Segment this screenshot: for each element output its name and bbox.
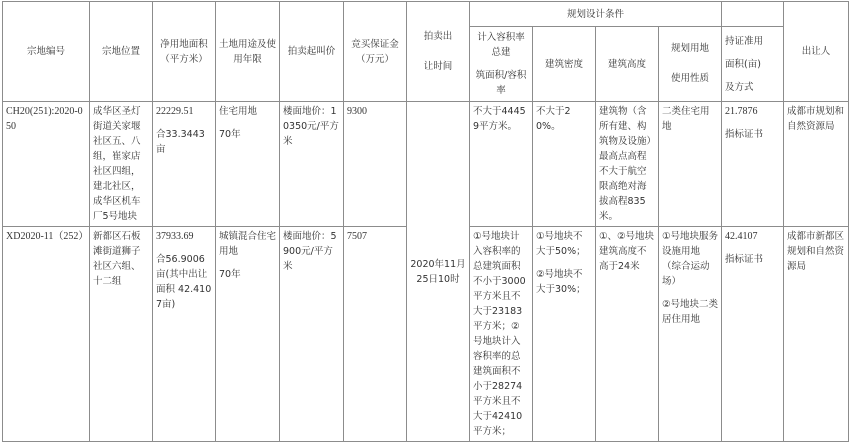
- cell-location: 新都区石板滩街道狮子社区六组、十二组: [90, 227, 153, 417]
- cell-starting-price: 楼面地价：5900元/平方米: [280, 227, 344, 417]
- cell-height: ①、②号地块建筑高度不高于24米: [596, 227, 659, 417]
- density-parcel-2: ②号地块不大于30%；: [536, 267, 592, 297]
- header-far-area-line1: 计入容积率总建: [477, 32, 525, 58]
- header-auction-time: 拍卖出 让时间: [407, 2, 470, 102]
- header-starting-price: 拍卖起叫价: [280, 2, 344, 102]
- quota-method: 指标证书: [725, 127, 780, 142]
- cell-parcel-id: CH20(251):2020-050: [3, 102, 90, 227]
- header-quota-line2: 面积(亩): [725, 57, 780, 72]
- header-land-use-term: 土地用途及使用年限: [216, 2, 280, 102]
- header-planned-use: 规划用地 使用性质: [659, 27, 722, 102]
- header-quota: 持证准用 面积(亩) 及方式: [722, 27, 784, 102]
- land-use: 住宅用地: [219, 104, 276, 119]
- cell-quota: 21.7876 指标证书: [722, 102, 784, 227]
- cell-land-use-term: 城镇混合住宅用地 70年: [216, 227, 280, 417]
- header-far-area-line2: 筑面积/容积率: [476, 70, 527, 96]
- cell-height: 建筑物（含所有建、构筑物及设施）最高点高程不大于航空限高绝对海拔高程835米。: [596, 102, 659, 227]
- net-area-value: 22229.51: [156, 104, 212, 119]
- cell-deposit: 9300: [344, 102, 407, 227]
- header-far-area: 计入容积率总建 筑面积/容积率: [470, 27, 533, 102]
- quota-method: 指标证书: [725, 252, 780, 267]
- header-net-area: 净用地面积（平方米）: [153, 2, 216, 102]
- cell-land-use-term: 住宅用地 70年: [216, 102, 280, 227]
- land-auction-table: 宗地编号 宗地位置 净用地面积（平方米） 土地用途及使用年限 拍卖起叫价 竞买保…: [2, 1, 849, 416]
- cell-net-area: 37933.69 合56.9006亩(其中出让面积 42.4107亩): [153, 227, 216, 417]
- cell-grantor: 成都市新都区规划和自然资源局: [784, 227, 849, 417]
- header-auction-time-line1: 拍卖出: [424, 31, 453, 42]
- planned-use-parcel-2: ②号地块二类居住用地: [662, 297, 718, 327]
- cell-density: 不大于20%。: [533, 102, 596, 227]
- header-height: 建筑高度: [596, 27, 659, 102]
- term: 70年: [219, 127, 276, 142]
- net-area-mu: 合33.3443亩: [156, 127, 212, 157]
- quota-area: 21.7876: [725, 104, 780, 119]
- cell-far-area: ①号地块计入容积率的总建筑面积不小于3000平方米且不大于23183平方米；②号…: [470, 227, 533, 417]
- cell-quota: 42.4107 指标证书: [722, 227, 784, 417]
- cell-far-area: 不大于44459平方米。: [470, 102, 533, 227]
- header-parcel-id: 宗地编号: [3, 2, 90, 102]
- header-auction-time-line2: 让时间: [424, 61, 453, 72]
- header-grantor: 出让人: [784, 2, 849, 102]
- cell-location: 成华区圣灯街道关家堰社区五、八组，崔家店社区四组，建北社区，成华区机车厂5号地块: [90, 102, 153, 227]
- header-deposit: 竞买保证金（万元）: [344, 2, 407, 102]
- cell-auction-time: 2020年11月25日10时: [407, 102, 470, 417]
- header-quota-line1: 持证准用: [725, 34, 780, 49]
- header-planning-group: 规划设计条件: [470, 2, 722, 27]
- cell-grantor: 成都市规划和自然资源局: [784, 102, 849, 227]
- header-empty-cell: [722, 2, 784, 27]
- header-planned-use-line1: 规划用地: [671, 43, 709, 54]
- cell-planned-use: 二类住宅用地: [659, 102, 722, 227]
- header-density: 建筑密度: [533, 27, 596, 102]
- header-location: 宗地位置: [90, 2, 153, 102]
- term: 70年: [219, 267, 276, 282]
- net-area-value: 37933.69: [156, 229, 212, 244]
- cell-density: ①号地块不大于50%； ②号地块不大于30%；: [533, 227, 596, 417]
- land-use: 城镇混合住宅用地: [219, 229, 276, 259]
- cell-net-area: 22229.51 合33.3443亩: [153, 102, 216, 227]
- cell-deposit: 7507: [344, 227, 407, 417]
- cell-planned-use: ①号地块服务设施用地（综合运动场） ②号地块二类居住用地: [659, 227, 722, 417]
- net-area-mu: 合56.9006亩(其中出让面积 42.4107亩): [156, 252, 212, 312]
- table-row: CH20(251):2020-050 成华区圣灯街道关家堰社区五、八组，崔家店社…: [3, 102, 849, 227]
- header-planned-use-line2: 使用性质: [671, 73, 709, 84]
- quota-area: 42.4107: [725, 229, 780, 244]
- cell-parcel-id: XD2020-11（252）: [3, 227, 90, 417]
- header-quota-line3: 及方式: [725, 80, 780, 95]
- header-row-1: 宗地编号 宗地位置 净用地面积（平方米） 土地用途及使用年限 拍卖起叫价 竞买保…: [3, 2, 849, 27]
- density-parcel-1: ①号地块不大于50%；: [536, 229, 592, 259]
- cell-starting-price: 楼面地价：10350元/平方米: [280, 102, 344, 227]
- planned-use-parcel-1: ①号地块服务设施用地（综合运动场）: [662, 229, 718, 289]
